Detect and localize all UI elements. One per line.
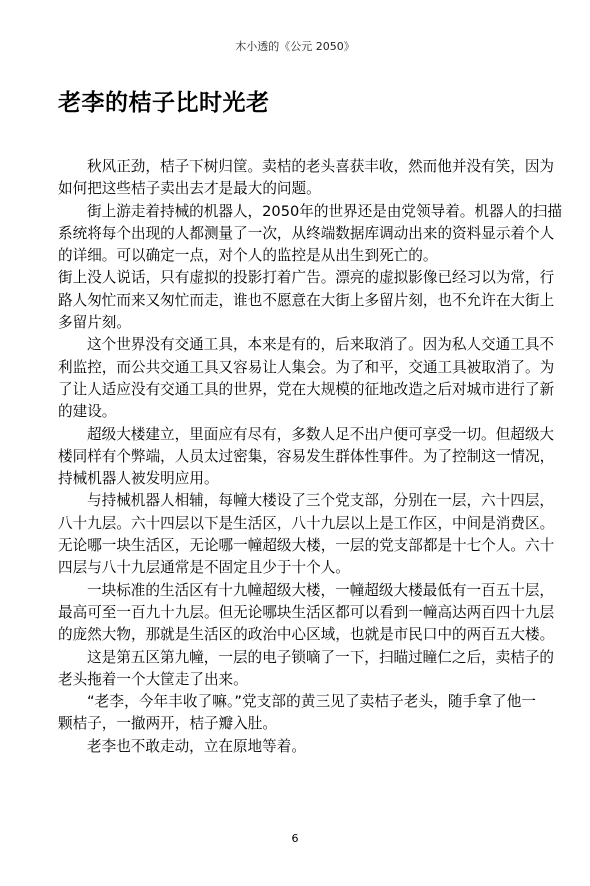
text-line: 多留片刻。 [58,312,536,334]
chapter-title: 老李的桔子比时光老 [58,84,270,117]
text-line: 了让人适应没有交通工具的世界，党在大规模的征地改造之后对城市进行了新 [58,379,536,401]
paragraph: 超级大楼建立，里面应有尽有，多数人足不出户便可享受一切。但超级大楼同样有个弊端，… [58,424,536,491]
text-line: 楼同样有个弊端，人员太过密集，容易发生群体性事件。为了控制这一情况， [58,446,536,468]
paragraph: 老李也不敢走动，立在原地等着。 [58,736,536,758]
paragraph: 这是第五区第九幢，一层的电子锁嘀了一下，扫瞄过瞳仁之后，卖桔子的老头拖着一个大筐… [58,647,536,692]
text-line: 的庞然大物，那就是生活区的政治中心区域，也就是市民口中的两百五大楼。 [58,624,536,646]
text-line: 超级大楼建立，里面应有尽有，多数人足不出户便可享受一切。但超级大 [58,424,536,446]
body-text: 秋风正劲，桔子下树归筐。卖桔的老头喜获丰收，然而他并没有笑，因为如何把这些桔子卖… [58,156,536,758]
text-line: 老李也不敢走动，立在原地等着。 [58,736,536,758]
page-number: 6 [0,832,590,845]
text-line: 路人匆忙而来又匆忙而走，谁也不愿意在大街上多留片刻，也不允许在大街上 [58,290,536,312]
paragraph: 与持械机器人相辅，每幢大楼设了三个党支部，分别在一层，六十四层，八十九层。六十四… [58,490,536,579]
paragraph: 这个世界没有交通工具，本来是有的，后来取消了。因为私人交通工具不利监控，而公共交… [58,334,536,423]
text-line: 秋风正劲，桔子下树归筐。卖桔的老头喜获丰收，然而他并没有笑，因为 [58,156,536,178]
paragraph: 秋风正劲，桔子下树归筐。卖桔的老头喜获丰收，然而他并没有笑，因为如何把这些桔子卖… [58,156,536,201]
text-line: 最高可至一百九十九层。但无论哪块生活区都可以看到一幢高达两百四十九层 [58,602,536,624]
document-page: 木小透的《公元 2050》 老李的桔子比时光老 秋风正劲，桔子下树归筐。卖桔的老… [0,0,590,886]
paragraph: 街上没人说话，只有虚拟的投影打着广告。漂亮的虚拟影像已经习以为常，行路人匆忙而来… [58,267,536,334]
text-line: 街上没人说话，只有虚拟的投影打着广告。漂亮的虚拟影像已经习以为常，行 [58,267,536,289]
text-line: 八十九层。六十四层以下是生活区，八十九层以上是工作区，中间是消费区。 [58,513,536,535]
paragraph: 一块标准的生活区有十九幢超级大楼，一幢超级大楼最低有一百五十层，最高可至一百九十… [58,580,536,647]
text-line: 颗桔子，一撤两开，桔子瓣入肚。 [58,713,536,735]
text-line: 老头拖着一个大筐走了出来。 [58,669,536,691]
text-line: 的建设。 [58,401,536,423]
text-line: 无论哪一块生活区，无论哪一幢超级大楼，一层的党支部都是十七个人。六十 [58,535,536,557]
text-line: 如何把这些桔子卖出去才是最大的问题。 [58,178,536,200]
text-line: 这是第五区第九幢，一层的电子锁嘀了一下，扫瞄过瞳仁之后，卖桔子的 [58,647,536,669]
text-line: 持械机器人被发明应用。 [58,468,536,490]
paragraph: 街上游走着持械的机器人，2050年的世界还是由党领导着。机器人的扫描系统将每个出… [58,201,536,268]
text-line: 与持械机器人相辅，每幢大楼设了三个党支部，分别在一层，六十四层， [58,490,536,512]
running-header: 木小透的《公元 2050》 [0,38,590,54]
text-line: 街上游走着持械的机器人，2050年的世界还是由党领导着。机器人的扫描 [58,201,536,223]
text-line: 利监控，而公共交通工具又容易让人集会。为了和平，交通工具被取消了。为 [58,357,536,379]
text-line: 的详细。可以确定一点，对个人的监控是从出生到死亡的。 [58,245,536,267]
text-line: 四层与八十九层通常是不固定且少于十个人。 [58,557,536,579]
text-line: 系统将每个出现的人都测量了一次，从终端数据库调动出来的资料显示着个人 [58,223,536,245]
text-line: 这个世界没有交通工具，本来是有的，后来取消了。因为私人交通工具不 [58,334,536,356]
text-line: 一块标准的生活区有十九幢超级大楼，一幢超级大楼最低有一百五十层， [58,580,536,602]
paragraph: “老李，今年丰收了嘛。”党支部的黄三见了卖桔子老头，随手拿了他一颗桔子，一撤两开… [58,691,536,736]
text-line: “老李，今年丰收了嘛。”党支部的黄三见了卖桔子老头，随手拿了他一 [58,691,536,713]
